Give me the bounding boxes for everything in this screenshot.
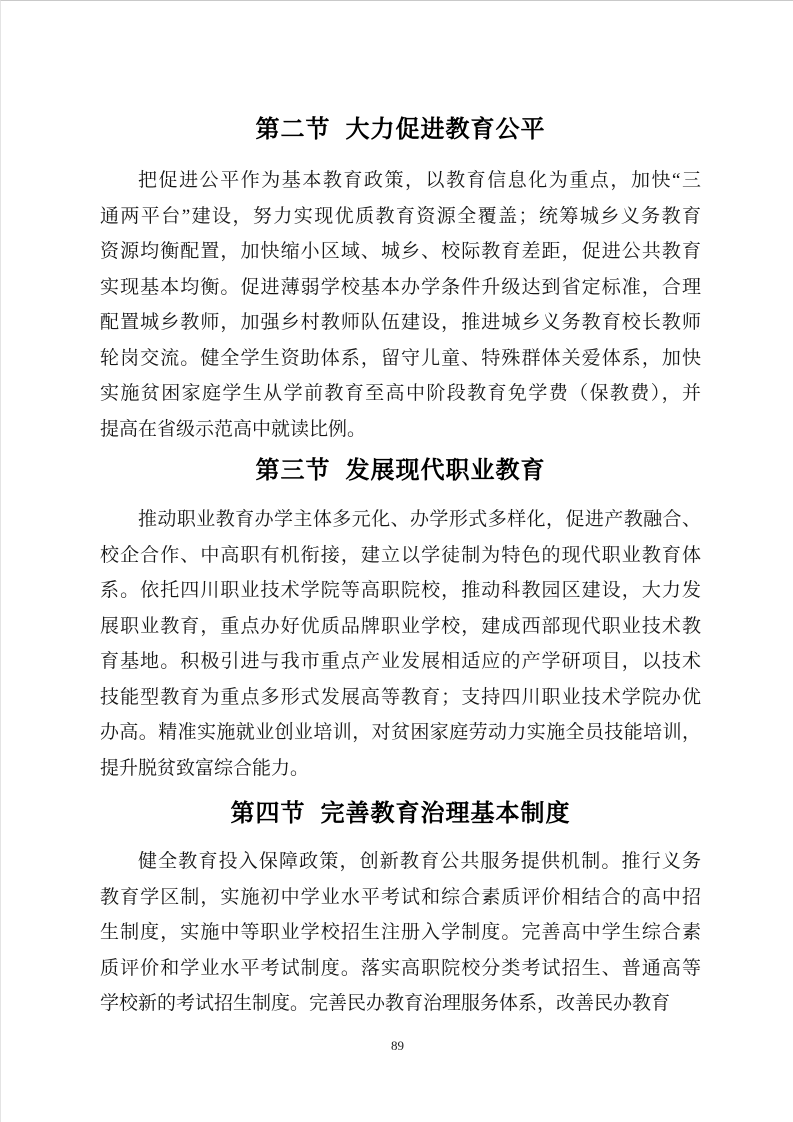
text-line: 通两平台”建设，努力实现优质教育资源全覆盖；统筹城乡义务教育	[100, 199, 701, 235]
section-education-governance: 第四节 完善教育治理基本制度 健全教育投入保障政策，创新教育公共服务提供机制。推…	[100, 797, 701, 1022]
document-page: 第二节 大力促进教育公平 把促进公平作为基本教育政策，以教育信息化为重点，加快“…	[0, 0, 793, 1122]
section-education-equity: 第二节 大力促进教育公平 把促进公平作为基本教育政策，以教育信息化为重点，加快“…	[100, 113, 701, 447]
text-line: 轮岗交流。健全学生资助体系，留守儿童、特殊群体关爱体系，加快	[100, 341, 701, 377]
text-line: 资源均衡配置，加快缩小区域、城乡、校际教育差距，促进公共教育	[100, 234, 701, 270]
text-line: 提升脱贫致富综合能力。	[100, 751, 701, 787]
text-line: 学校新的考试招生制度。完善民办教育治理服务体系，改善民办教育	[100, 986, 701, 1022]
text-line: 系。依托四川职业技术学院等高职院校，推动科教园区建设，大力发	[100, 573, 701, 609]
section-heading: 第三节 发展现代职业教育	[100, 454, 701, 488]
text-line: 把促进公平作为基本教育政策，以教育信息化为重点，加快“三	[100, 163, 701, 199]
text-line: 展职业教育，重点办好优质品牌职业学校，建成西部现代职业技术教	[100, 609, 701, 645]
section-heading: 第二节 大力促进教育公平	[100, 113, 701, 147]
text-line: 提高在省级示范高中就读比例。	[100, 412, 701, 448]
text-line: 教育学区制，实施初中学业水平考试和综合素质评价相结合的高中招	[100, 880, 701, 916]
paragraph: 推动职业教育办学主体多元化、办学形式多样化，促进产教融合、校企合作、中高职有机衔…	[100, 502, 701, 786]
text-line: 实现基本均衡。促进薄弱学校基本办学条件升级达到省定标准，合理	[100, 270, 701, 306]
paragraph: 健全教育投入保障政策，创新教育公共服务提供机制。推行义务教育学区制，实施初中学业…	[100, 844, 701, 1022]
text-line: 办高。精准实施就业创业培训，对贫困家庭劳动力实施全员技能培训，	[100, 715, 701, 751]
text-line: 实施贫困家庭学生从学前教育至高中阶段教育免学费（保教费），并	[100, 376, 701, 412]
text-line: 技能型教育为重点多形式发展高等教育；支持四川职业技术学院办优	[100, 680, 701, 716]
text-line: 育基地。积极引进与我市重点产业发展相适应的产学研项目，以技术	[100, 644, 701, 680]
text-line: 质评价和学业水平考试制度。落实高职院校分类考试招生、普通高等	[100, 951, 701, 987]
text-line: 生制度，实施中等职业学校招生注册入学制度。完善高中学生综合素	[100, 915, 701, 951]
page-number: 89	[1, 1037, 793, 1055]
section-heading: 第四节 完善教育治理基本制度	[100, 797, 701, 831]
text-line: 校企合作、中高职有机衔接，建立以学徒制为特色的现代职业教育体	[100, 538, 701, 574]
text-line: 推动职业教育办学主体多元化、办学形式多样化，促进产教融合、	[100, 502, 701, 538]
paragraph: 把促进公平作为基本教育政策，以教育信息化为重点，加快“三通两平台”建设，努力实现…	[100, 163, 701, 447]
text-line: 健全教育投入保障政策，创新教育公共服务提供机制。推行义务	[100, 844, 701, 880]
text-column: 第二节 大力促进教育公平 把促进公平作为基本教育政策，以教育信息化为重点，加快“…	[100, 1, 701, 1022]
text-line: 配置城乡教师，加强乡村教师队伍建设，推进城乡义务教育校长教师	[100, 305, 701, 341]
section-vocational-education: 第三节 发展现代职业教育 推动职业教育办学主体多元化、办学形式多样化，促进产教融…	[100, 454, 701, 786]
